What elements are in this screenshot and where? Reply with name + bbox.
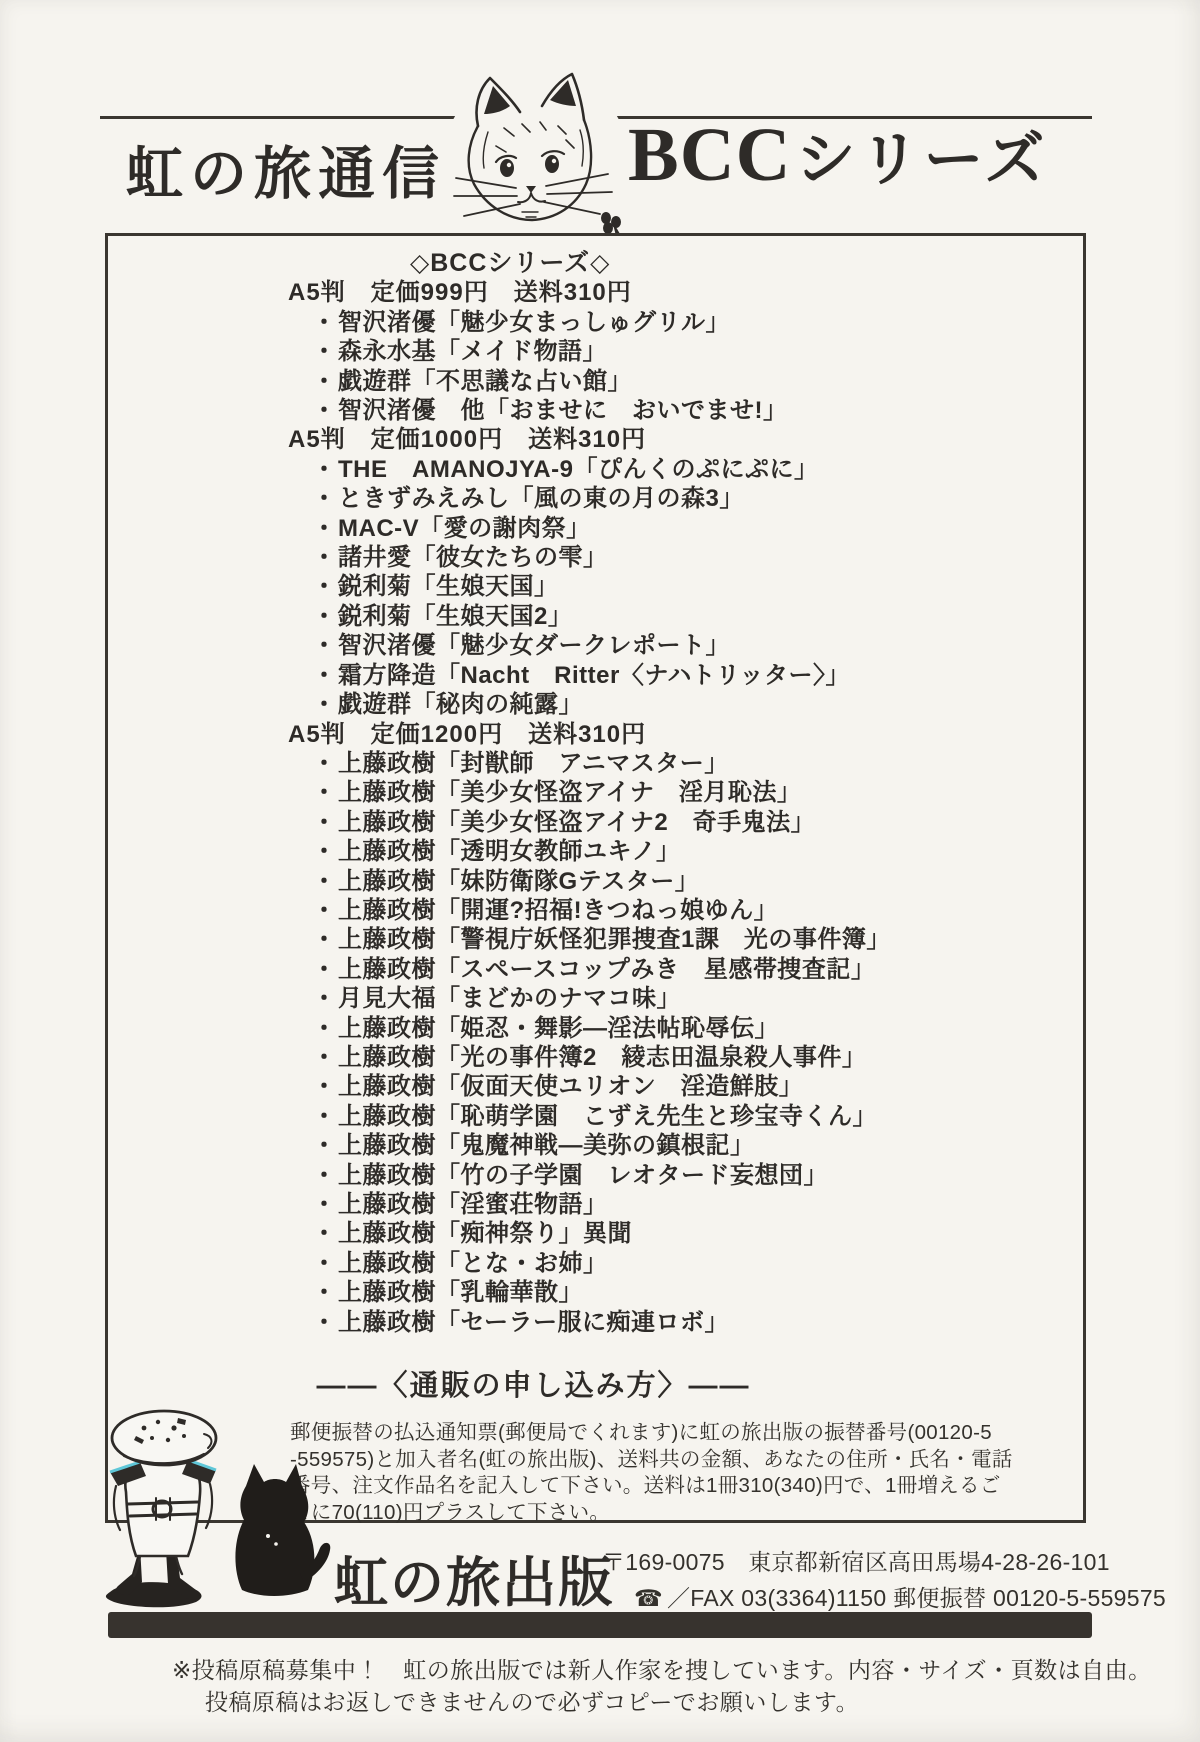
bullet-marker: ・ xyxy=(312,1161,338,1190)
book-list-item: ・ 上藤政樹「警視庁妖怪犯罪捜査1課 光の事件簿」 xyxy=(312,925,1083,954)
book-list-item: ・ THE AMANOJYA-9「ぴんくのぷにぷに」 xyxy=(312,455,1083,484)
bullet-marker: ・ xyxy=(312,572,338,601)
book-list-item: ・ 上藤政樹「乳輪華散」 xyxy=(312,1278,1083,1307)
book-title-text: 智沢渚優「魅少女まっしゅグリル」 xyxy=(338,308,730,337)
price-group-999: A5判 定価999円 送料310円 ・ 智沢渚優「魅少女まっしゅグリル」 ・ 森… xyxy=(108,278,1083,425)
book-list-item: ・ 上藤政樹「恥萌学園 こずえ先生と珍宝寺くん」 xyxy=(312,1102,1083,1131)
book-title-text: 上藤政樹「痴神祭り」異聞 xyxy=(338,1219,632,1248)
book-list-item: ・ 上藤政樹「鬼魔神戦―美弥の鎮根記」 xyxy=(312,1131,1083,1160)
catalog-heading: ◇BCCシリーズ◇ xyxy=(410,249,1083,278)
book-list-item: ・ 智沢渚優「魅少女ダークレポート」 xyxy=(312,631,1083,660)
book-title-text: 上藤政樹「仮面天使ユリオン 淫造鮮肢」 xyxy=(338,1072,803,1101)
book-list-item: ・ 上藤政樹「透明女教師ユキノ」 xyxy=(312,837,1083,866)
publisher-name: 虹の旅出版 xyxy=(334,1540,614,1617)
publisher-contact: 〒169-0075 東京都新宿区高田馬場4-28-26-101 ☎／FAX 03… xyxy=(602,1544,1166,1616)
book-title-text: 智沢渚優「魅少女ダークレポート」 xyxy=(338,631,730,660)
divider-bar xyxy=(108,1612,1092,1638)
bullet-marker: ・ xyxy=(312,543,338,572)
series-title-latin: BCC xyxy=(628,112,791,199)
bullet-marker: ・ xyxy=(312,1308,338,1337)
book-list-item: ・ 上藤政樹「光の事件簿2 綾志田温泉殺人事件」 xyxy=(312,1043,1083,1072)
bullet-marker: ・ xyxy=(312,396,338,425)
submission-notice-line2: 投稿原稿はお返しできませんので必ずコピーでお願いします。 xyxy=(205,1684,859,1717)
book-title-text: 上藤政樹「妹防衛隊Gテスター」 xyxy=(338,867,699,896)
book-title-text: 上藤政樹「開運?招福!きつねっ娘ゆん」 xyxy=(338,896,778,925)
book-title-text: 上藤政樹「スペースコップみき 星感帯捜査記」 xyxy=(338,955,875,984)
book-list-item: ・ 上藤政樹「とな・お姉」 xyxy=(312,1249,1083,1278)
book-list-item: ・ 上藤政樹「淫蜜荘物語」 xyxy=(312,1190,1083,1219)
bullet-marker: ・ xyxy=(312,984,338,1013)
price-group-1000: A5判 定価1000円 送料310円 ・ THE AMANOJYA-9「ぴんくの… xyxy=(108,425,1083,719)
bullet-marker: ・ xyxy=(312,455,338,484)
price-group-1200: A5判 定価1200円 送料310円 ・ 上藤政樹「封獣師 アニマスター」 ・ … xyxy=(108,720,1083,1338)
book-title-text: 鋭利菊「生娘天国2」 xyxy=(338,602,572,631)
book-title-text: 月見大福「まどかのナマコ味」 xyxy=(338,984,681,1013)
book-list-item: ・ 戯遊群「不思議な占い館」 xyxy=(312,367,1083,396)
mail-order-instructions: 郵便振替の払込通知票(郵便局でくれます)に虹の旅出版の振替番号(00120-5 … xyxy=(290,1420,1083,1526)
book-title-text: 霜方降造「Nacht Ritter〈ナハトリッター〉」 xyxy=(338,661,850,690)
book-title-text: 智沢渚優 他「おませに おいでませ!」 xyxy=(338,396,788,425)
bullet-marker: ・ xyxy=(312,1219,338,1248)
series-title: BCCシリーズ xyxy=(628,112,1048,199)
bullet-marker: ・ xyxy=(312,867,338,896)
bullet-marker: ・ xyxy=(312,690,338,719)
bullet-marker: ・ xyxy=(312,631,338,660)
bullet-marker: ・ xyxy=(312,337,338,366)
book-title-text: 上藤政樹「竹の子学園 レオタード妄想団」 xyxy=(338,1161,828,1190)
bullet-marker: ・ xyxy=(312,1131,338,1160)
book-title-text: ときずみえみし「風の東の月の森3」 xyxy=(338,484,744,513)
book-list-item: ・ 戯遊群「秘肉の純露」 xyxy=(312,690,1083,719)
book-title-text: 上藤政樹「鬼魔神戦―美弥の鎮根記」 xyxy=(338,1131,755,1160)
bullet-marker: ・ xyxy=(312,514,338,543)
bullet-marker: ・ xyxy=(312,1102,338,1131)
book-title-text: 上藤政樹「恥萌学園 こずえ先生と珍宝寺くん」 xyxy=(338,1102,877,1131)
cat-mascot-illustration xyxy=(438,70,634,242)
book-list-item: ・ 上藤政樹「開運?招福!きつねっ娘ゆん」 xyxy=(312,896,1083,925)
book-title-text: 鋭利菊「生娘天国」 xyxy=(338,572,559,601)
submission-notice-line1: ※投稿原稿募集中！ 虹の旅出版では新人作家を捜しています。内容・サイズ・頁数は自… xyxy=(172,1652,1152,1685)
book-list: ・ 上藤政樹「封獣師 アニマスター」 ・ 上藤政樹「美少女怪盗アイナ 淫月恥法」… xyxy=(108,749,1083,1337)
book-title-text: 戯遊群「秘肉の純露」 xyxy=(338,690,583,719)
bullet-marker: ・ xyxy=(312,308,338,337)
book-list-item: ・ 諸井愛「彼女たちの雫」 xyxy=(312,543,1083,572)
mail-order-instructions-line: -559575)と加入者名(虹の旅出版)、送料共の金額、あなたの住所・氏名・電話 xyxy=(290,1447,1083,1474)
book-list-item: ・ 上藤政樹「封獣師 アニマスター」 xyxy=(312,749,1083,778)
book-list-item: ・ ときずみえみし「風の東の月の森3」 xyxy=(312,484,1083,513)
mail-order-title: ――〈通販の申し込み方〉―― xyxy=(46,1363,1021,1404)
catalog-box: ◇BCCシリーズ◇ A5判 定価999円 送料310円 ・ 智沢渚優「魅少女まっ… xyxy=(105,233,1086,1523)
mail-order-instructions-line: とに70(110)円プラスして下さい。 xyxy=(290,1500,1083,1527)
price-group-header: A5判 定価1200円 送料310円 xyxy=(288,720,1083,749)
book-title-text: 諸井愛「彼女たちの雫」 xyxy=(338,543,608,572)
book-title-text: 上藤政樹「乳輪華散」 xyxy=(338,1278,583,1307)
book-list: ・ THE AMANOJYA-9「ぴんくのぷにぷに」 ・ ときずみえみし「風の東… xyxy=(108,455,1083,720)
bullet-marker: ・ xyxy=(312,925,338,954)
book-title-text: 上藤政樹「警視庁妖怪犯罪捜査1課 光の事件簿」 xyxy=(338,925,891,954)
book-title-text: 上藤政樹「とな・お姉」 xyxy=(338,1249,608,1278)
book-title-text: 上藤政樹「光の事件簿2 綾志田温泉殺人事件」 xyxy=(338,1043,866,1072)
bullet-marker: ・ xyxy=(312,1072,338,1101)
price-group-header: A5判 定価999円 送料310円 xyxy=(288,278,1083,307)
bullet-marker: ・ xyxy=(312,484,338,513)
newsletter-title: 虹の旅通信 xyxy=(126,128,446,210)
book-list-item: ・ 上藤政樹「美少女怪盗アイナ2 奇手鬼法」 xyxy=(312,808,1083,837)
book-list-item: ・ 森永水基「メイド物語」 xyxy=(312,337,1083,366)
book-list-item: ・ 智沢渚優 他「おませに おいでませ!」 xyxy=(312,396,1083,425)
publisher-phone-fax: ／FAX 03(3364)1150 郵便振替 00120-5-559575 xyxy=(667,1585,1166,1611)
bullet-marker: ・ xyxy=(312,837,338,866)
book-title-text: THE AMANOJYA-9「ぴんくのぷにぷに」 xyxy=(338,455,818,484)
bullet-marker: ・ xyxy=(312,896,338,925)
book-list-item: ・ 智沢渚優「魅少女まっしゅグリル」 xyxy=(312,308,1083,337)
bullet-marker: ・ xyxy=(312,1190,338,1219)
book-list-item: ・ 上藤政樹「姫忍・舞影―淫法帖恥辱伝」 xyxy=(312,1014,1083,1043)
book-list-item: ・ 上藤政樹「セーラー服に痴連ロボ」 xyxy=(312,1308,1083,1337)
bullet-marker: ・ xyxy=(312,602,338,631)
book-list-item: ・ MAC-V「愛の謝肉祭」 xyxy=(312,514,1083,543)
book-list-item: ・ 月見大福「まどかのナマコ味」 xyxy=(312,984,1083,1013)
book-title-text: 上藤政樹「セーラー服に痴連ロボ」 xyxy=(338,1308,729,1337)
bullet-marker: ・ xyxy=(312,1014,338,1043)
book-list-item: ・ 鋭利菊「生娘天国」 xyxy=(312,572,1083,601)
bullet-marker: ・ xyxy=(312,778,338,807)
scanned-catalog-page: 虹の旅通信 BCCシリーズ xyxy=(0,0,1200,1742)
bullet-marker: ・ xyxy=(312,367,338,396)
book-list-item: ・ 鋭利菊「生娘天国2」 xyxy=(312,602,1083,631)
bullet-marker: ・ xyxy=(312,955,338,984)
book-list: ・ 智沢渚優「魅少女まっしゅグリル」 ・ 森永水基「メイド物語」 ・ 戯遊群「不… xyxy=(108,308,1083,426)
book-list-item: ・ 上藤政樹「スペースコップみき 星感帯捜査記」 xyxy=(312,955,1083,984)
mail-order-instructions-line: 郵便振替の払込通知票(郵便局でくれます)に虹の旅出版の振替番号(00120-5 xyxy=(290,1420,1083,1447)
series-title-kana: シリーズ xyxy=(795,112,1048,198)
book-list-item: ・ 霜方降造「Nacht Ritter〈ナハトリッター〉」 xyxy=(312,661,1083,690)
bullet-marker: ・ xyxy=(312,1278,338,1307)
bullet-marker: ・ xyxy=(312,1043,338,1072)
bullet-marker: ・ xyxy=(312,1249,338,1278)
book-list-item: ・ 上藤政樹「竹の子学園 レオタード妄想団」 xyxy=(312,1161,1083,1190)
book-list-item: ・ 上藤政樹「妹防衛隊Gテスター」 xyxy=(312,867,1083,896)
bullet-marker: ・ xyxy=(312,749,338,778)
book-title-text: 上藤政樹「美少女怪盗アイナ2 奇手鬼法」 xyxy=(338,808,815,837)
book-title-text: MAC-V「愛の謝肉祭」 xyxy=(338,514,591,543)
publisher-phone-line: ☎／FAX 03(3364)1150 郵便振替 00120-5-559575 xyxy=(634,1580,1166,1616)
book-title-text: 戯遊群「不思議な占い館」 xyxy=(338,367,632,396)
mail-order-instructions-line: 番号、注文作品名を記入して下さい。送料は1冊310(340)円で、1冊増えるご xyxy=(290,1473,1083,1500)
book-list-item: ・ 上藤政樹「美少女怪盗アイナ 淫月恥法」 xyxy=(312,778,1083,807)
book-title-text: 森永水基「メイド物語」 xyxy=(338,337,607,366)
bullet-marker: ・ xyxy=(312,808,338,837)
boy-and-cat-illustration xyxy=(92,1406,340,1614)
book-list-item: ・ 上藤政樹「痴神祭り」異聞 xyxy=(312,1219,1083,1248)
book-list-item: ・ 上藤政樹「仮面天使ユリオン 淫造鮮肢」 xyxy=(312,1072,1083,1101)
phone-icon: ☎ xyxy=(634,1585,663,1611)
book-title-text: 上藤政樹「姫忍・舞影―淫法帖恥辱伝」 xyxy=(338,1014,779,1043)
book-title-text: 上藤政樹「透明女教師ユキノ」 xyxy=(338,837,681,866)
publisher-address: 〒169-0075 東京都新宿区高田馬場4-28-26-101 xyxy=(602,1544,1166,1580)
price-group-header: A5判 定価1000円 送料310円 xyxy=(288,425,1083,454)
book-title-text: 上藤政樹「淫蜜荘物語」 xyxy=(338,1190,608,1219)
book-title-text: 上藤政樹「封獣師 アニマスター」 xyxy=(338,749,729,778)
book-title-text: 上藤政樹「美少女怪盗アイナ 淫月恥法」 xyxy=(338,778,801,807)
bullet-marker: ・ xyxy=(312,661,338,690)
